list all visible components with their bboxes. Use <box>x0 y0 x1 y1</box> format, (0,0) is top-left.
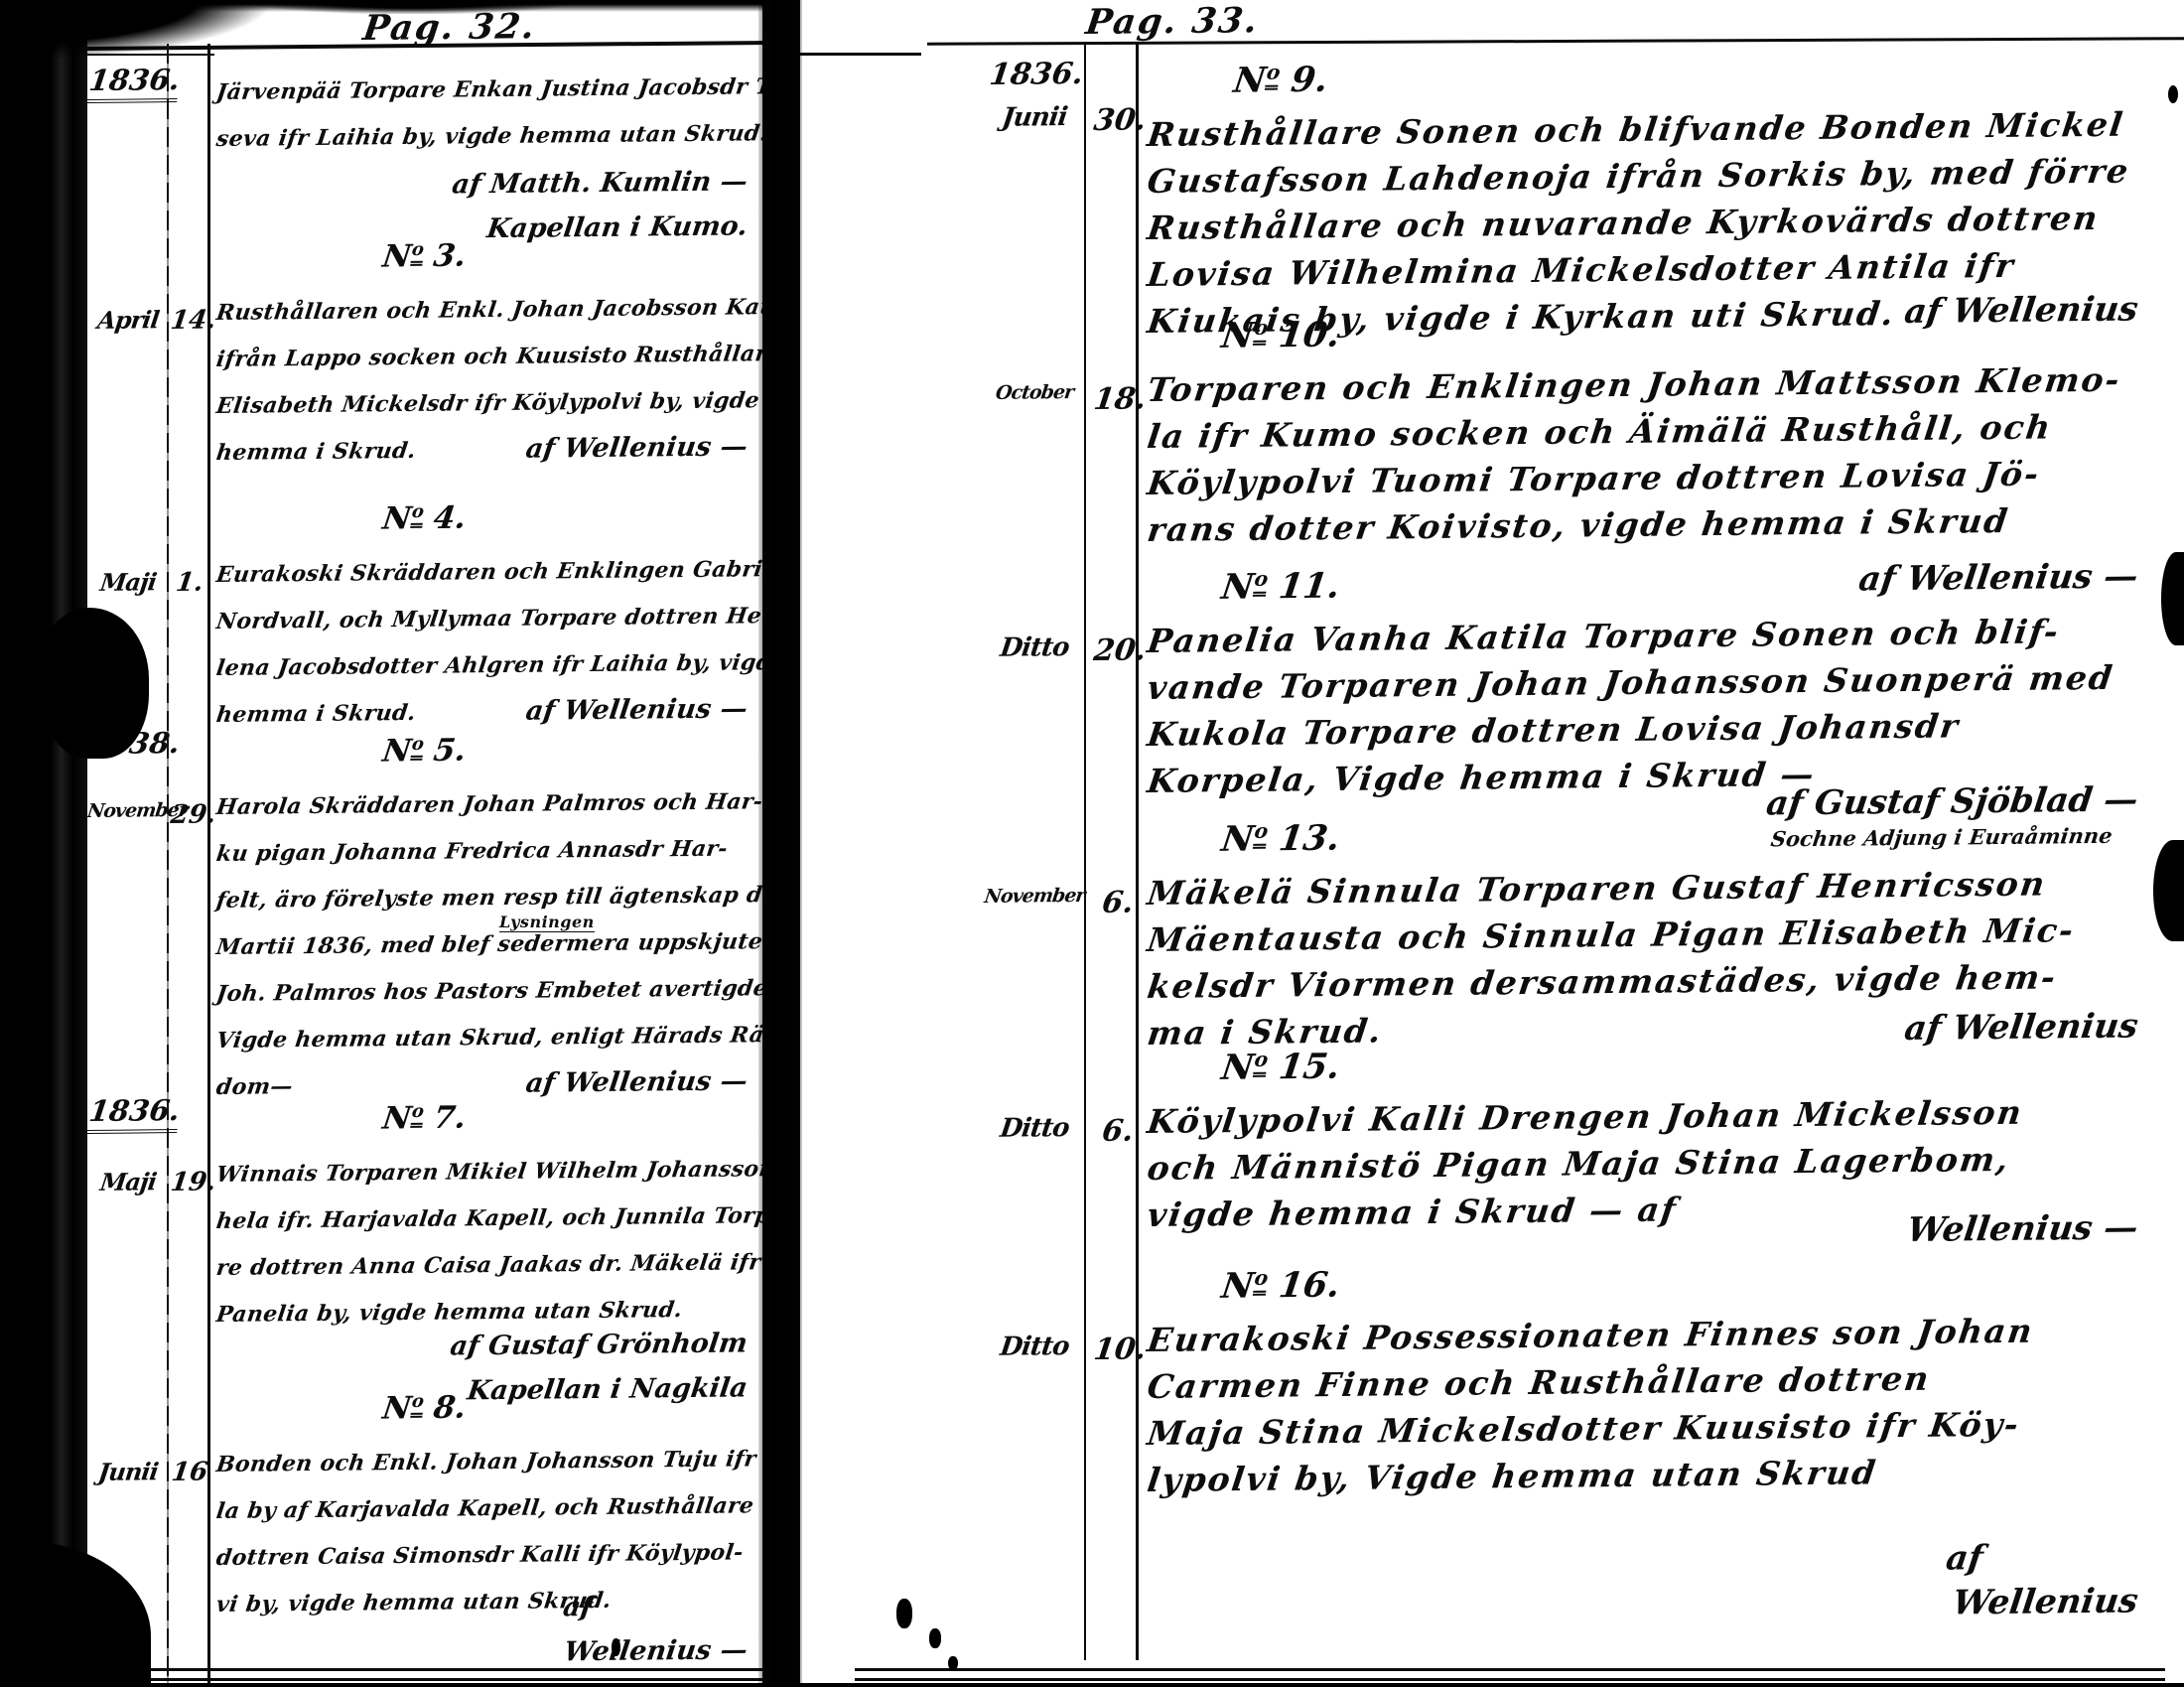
ink-blot-right-edge-2 <box>2153 840 2184 941</box>
entry-number: No 11. <box>1145 551 1420 606</box>
entry-number-value: 9. <box>1277 60 1330 101</box>
register-entry-no-16: Ditto10.No 16.Eurakoski Possessionaten F… <box>800 1253 2184 1634</box>
margin-date: November <box>978 885 1092 908</box>
entry-line: dottren Caisa Simonsdr Kalli ifr Köylypo… <box>213 1529 762 1582</box>
footer-rule-2 <box>87 1678 762 1681</box>
register-entry-no-9: 1836.Junii30.No 9.Rusthållare Sonen och … <box>800 48 2184 343</box>
margin-date: Ditto <box>977 633 1092 663</box>
entry-number: No 15. <box>1145 1032 1420 1086</box>
entry-line: Bonden och Enkl. Johan Johansson Tuju if… <box>213 1436 762 1488</box>
footer-rule-2 <box>855 1678 2165 1681</box>
scan-corner-shadow <box>0 0 268 60</box>
entry-number-value: 3. <box>421 238 469 274</box>
margin-day: 30. <box>1092 102 1145 138</box>
entry-body: Panelia Vanha Katila Torpare Sonen och b… <box>1148 618 2150 804</box>
ink-speck-4 <box>612 1638 620 1656</box>
entry-line: hela ifr. Harjavalda Kapell, och Junnila… <box>213 1193 762 1245</box>
entry-number-n: N <box>380 500 413 536</box>
entry-number-n: N <box>1219 1048 1256 1088</box>
entry-number-value: 11. <box>1265 566 1343 608</box>
entry-line: Martii 1836, med blef sedermera uppskjut… <box>213 918 762 971</box>
margin-year-text: 1836. <box>988 57 1086 92</box>
entry-line: Winnais Torparen Mikiel Wilhelm Johansso… <box>213 1146 762 1198</box>
margin-date: Maji <box>87 567 171 597</box>
page-right: Pag. 33. 1836.Junii30.No 9.Rusthållare S… <box>800 0 2184 1687</box>
officiant-signature: afWellenius — <box>216 1589 760 1678</box>
register-entry-no-13: November6.No 13.Mäkelä Sinnula Torparen … <box>800 806 2184 1059</box>
margin-date: Maji <box>87 1167 171 1196</box>
entry-body: Eurakoski Possessionaten Finnes son Joha… <box>1148 1317 2150 1503</box>
entry-number: No 10. <box>1145 300 1420 354</box>
entry-number-value: 10. <box>1265 315 1343 356</box>
signature-line: af Matth. Kumlin — <box>213 159 762 210</box>
entry-number-value: 8. <box>421 1390 469 1426</box>
entry-number: No 4. <box>213 485 637 540</box>
entry-number: No 3. <box>213 222 637 278</box>
footer-rule <box>855 1668 2165 1671</box>
entry-number: No 8. <box>213 1374 637 1430</box>
entry-number-value: 16. <box>1265 1265 1343 1307</box>
signature-line: Wellenius — <box>213 1627 762 1678</box>
page-gutter-shadow <box>758 0 802 1687</box>
margin-year-text: 1836. <box>87 1093 182 1134</box>
page-left: Pag. 32. 1836.Järvenpää Torpare Enkan Ju… <box>87 0 762 1687</box>
entry-line: ifrån Lappo socken och Kuusisto Rusthåll… <box>213 331 762 383</box>
page-number-right: Pag. 33. <box>1083 0 1261 43</box>
interlinear-note: Lysningen <box>499 913 595 932</box>
register-entry-no-8: Junii16No 8.Bonden och Enkl. Johan Johan… <box>87 1378 762 1678</box>
entry-number-n: N <box>380 1100 413 1136</box>
margin-day: 6. <box>1092 1113 1145 1149</box>
ink-speck-right-top <box>2168 85 2178 103</box>
entry-line: lena Jacobsdotter Ahlgren ifr Laihia by,… <box>213 639 762 692</box>
entry-number: No 7. <box>213 1084 637 1140</box>
margin-year: 1836. <box>87 1093 171 1128</box>
entry-line: re dottren Anna Caisa Jaakas dr. Mäkelä … <box>213 1239 762 1292</box>
register-entry-no-7: 1836.Maji19.No 7.Winnais Torparen Mikiel… <box>87 1088 762 1416</box>
ink-speck-1 <box>896 1599 912 1628</box>
margin-year: 1836. <box>985 57 1089 92</box>
book-binding-shadow <box>0 0 87 1687</box>
register-entry-no-5: 1838.November29.No 5.Harola Skräddaren J… <box>87 721 762 1109</box>
entry-number-value: 13. <box>1265 818 1343 860</box>
officiant-signature: afWellenius <box>1148 1545 2150 1634</box>
margin-day: 20. <box>1092 633 1145 668</box>
margin-date: Ditto <box>977 1113 1092 1144</box>
margin-day: 19. <box>169 1168 210 1197</box>
margin-date: April <box>87 305 171 335</box>
entry-body: Järvenpää Torpare Enkan Justina Jacobsdr… <box>216 70 760 163</box>
signature-line: af Wellenius — <box>213 424 762 475</box>
entry-number-n: N <box>380 733 413 769</box>
register-entry-no-4: Maji1.No 4.Eurakoski Skräddaren och Enkl… <box>87 489 762 737</box>
ink-blot-left-edge <box>38 608 149 759</box>
signature-line: Wellenius <box>1145 1579 2154 1634</box>
entry-number: No 5. <box>213 717 637 773</box>
margin-day: 14. <box>169 306 210 336</box>
entry-number-value: 5. <box>421 733 469 769</box>
entry-number-value: 7. <box>421 1100 469 1136</box>
entry-number-value: 4. <box>421 500 469 536</box>
entry-line: Harola Skräddaren Johan Palmros och Har- <box>213 778 762 831</box>
margin-year-text: 1836. <box>87 63 182 103</box>
entry-line: felt, äro förelyste men resp till ägtens… <box>213 872 762 924</box>
margin-date: October <box>978 381 1092 404</box>
margin-day: 10. <box>1092 1332 1145 1367</box>
entry-line: rans dotter Koivisto, vigde hemma i Skru… <box>1145 495 2155 553</box>
entry-number-n: N <box>1219 316 1256 356</box>
entry-number-n: N <box>380 1390 413 1426</box>
entry-number: No 16. <box>1145 1250 1420 1305</box>
margin-day: 16 <box>169 1458 210 1487</box>
signature-line: af <box>213 1583 762 1633</box>
entry-line: Elisabeth Mickelsdr ifr Köylypolvi by, v… <box>213 377 762 430</box>
ink-blot-right-edge-1 <box>2161 552 2184 645</box>
entry-body: Torparen och Enklingen Johan Mattsson Kl… <box>1148 366 2150 553</box>
margin-day: 1. <box>169 568 210 598</box>
entry-number-n: N <box>380 238 413 274</box>
entry-number-n: N <box>1219 1266 1256 1307</box>
entry-line: Vigde hemma utan Skrud, enligt Härads Rä… <box>213 1012 762 1064</box>
margin-day: 6. <box>1092 885 1145 920</box>
officiant-signature: af Wellenius — <box>216 430 760 475</box>
entry-line: la by af Karjavalda Kapell, och Rusthåll… <box>213 1482 762 1535</box>
margin-year: 1836. <box>87 63 171 97</box>
entry-number-n: N <box>1231 60 1268 100</box>
entry-number-n: N <box>1219 567 1256 608</box>
scan-edge-bottom <box>0 1683 2184 1687</box>
ink-speck-3 <box>948 1656 958 1670</box>
entry-line: seva ifr Laihia by, vigde hemma utan Skr… <box>213 110 762 163</box>
entry-line: Eurakoski Skräddaren och Enklingen Gabri… <box>213 546 762 599</box>
entry-body: Winnais Torparen Mikiel Wilhelm Johansso… <box>216 1152 760 1338</box>
scan-top-smudge <box>248 0 576 14</box>
margin-date: Junii <box>87 1457 171 1486</box>
entry-number: No 9. <box>1145 45 1420 99</box>
entry-line: lypolvi by, Vigde hemma utan Skrud <box>1145 1446 2155 1503</box>
entry-number-n: N <box>1219 819 1256 860</box>
entry-line: Järvenpää Torpare Enkan Justina Jacobsdr… <box>213 64 762 116</box>
ink-speck-2 <box>929 1628 941 1648</box>
entry-line: Rusthållaren och Enkl. Johan Jacobsson K… <box>213 284 762 337</box>
register-entry-no-3: April14.No 3.Rusthållaren och Enkl. Joha… <box>87 226 762 475</box>
margin-date: Junii <box>977 102 1092 133</box>
margin-day: 18. <box>1092 381 1145 417</box>
signature-line: af Gustaf Grönholm <box>213 1321 762 1371</box>
entry-line: Nordvall, och Myllymaa Torpare dottren H… <box>213 593 762 645</box>
margin-date: Ditto <box>977 1332 1092 1362</box>
entry-number-value: 15. <box>1265 1047 1343 1088</box>
entry-line: ku pigan Johanna Fredrica Annasdr Har- <box>213 825 762 878</box>
entry-number: No 13. <box>1145 803 1420 858</box>
entry-line: Joh. Palmros hos Pastors Embetet avertig… <box>213 965 762 1018</box>
margin-day: 29. <box>169 800 210 830</box>
register-entry-no-15: Ditto6.No 15.Köylypolvi Kalli Drengen Jo… <box>800 1035 2184 1261</box>
margin-date: November <box>87 799 171 822</box>
scanned-register-spread: Pag. 32. 1836.Järvenpää Torpare Enkan Ju… <box>0 0 2184 1687</box>
